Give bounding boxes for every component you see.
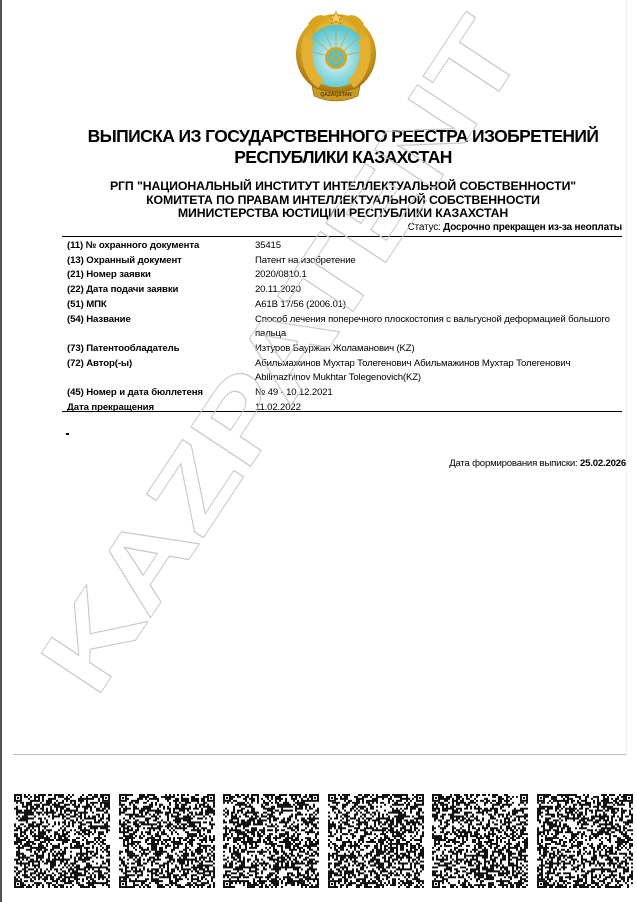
patent-fields-table: (11) № охранного документа 35415 (13) Ох… [67,239,622,415]
qr-code-icon [119,794,215,888]
field-row-title: (54) Название Способ лечения поперечного… [67,313,622,342]
qr-code-icon [537,794,633,888]
document-title: ВЫПИСКА ИЗ ГОСУДАРСТВЕННОГО РЕЕСТРА ИЗОБ… [60,126,626,168]
generation-date-value: 25.02.2026 [580,458,626,469]
field-value: Абильмажинов Мухтар Толегенович Абильмаж… [255,357,622,386]
field-row-bulletin: (45) Номер и дата бюллетеня № 49 - 10.12… [67,386,622,401]
title-line-1: ВЫПИСКА ИЗ ГОСУДАРСТВЕННОГО РЕЕСТРА ИЗОБ… [60,126,626,147]
org-line-2: КОМИТЕТА ПО ПРАВАМ ИНТЕЛЛЕКТУАЛЬНОЙ СОБС… [60,194,626,208]
status-line: Статус: Досрочно прекращен из-за неоплат… [408,222,622,233]
svg-text:QAZAQSTAN: QAZAQSTAN [320,92,352,98]
field-label: (72) Автор(-ы) [67,357,255,386]
field-row-document-number: (11) № охранного документа 35415 [67,239,622,254]
field-value: № 49 - 10.12.2021 [255,386,622,401]
footer-separator [13,754,626,755]
field-label: (21) Номер заявки [67,268,255,283]
issuing-organization: РГП "НАЦИОНАЛЬНЫЙ ИНСТИТУТ ИНТЕЛЛЕКТУАЛЬ… [60,180,626,221]
page-left-border [0,0,2,902]
field-row-application-number: (21) Номер заявки 2020/0810.1 [67,268,622,283]
field-label: (22) Дата подачи заявки [67,283,255,298]
org-line-3: МИНИСТЕРСТВА ЮСТИЦИИ РЕСПУБЛИКИ КАЗАХСТА… [60,207,626,221]
stray-mark [66,433,69,435]
field-label: (11) № охранного документа [67,239,255,254]
field-value: Изтуров Бауржан Жоламанович (KZ) [255,342,622,357]
field-label: (13) Охранный документ [67,254,255,269]
field-row-filing-date: (22) Дата подачи заявки 20.11.2020 [67,283,622,298]
field-label: Дата прекращения [67,401,255,416]
field-row-ipc: (51) МПК A61B 17/56 (2006.01) [67,298,622,313]
org-line-1: РГП "НАЦИОНАЛЬНЫЙ ИНСТИТУТ ИНТЕЛЛЕКТУАЛЬ… [60,180,626,194]
generation-date-label: Дата формирования выписки: [449,458,577,469]
qr-code-icon [432,794,528,888]
field-label: (51) МПК [67,298,255,313]
field-value: 2020/0810.1 [255,268,622,283]
qr-code-icon [14,794,110,888]
table-bottom-rule [62,411,622,412]
page-right-border [626,0,627,756]
field-value: A61B 17/56 (2006.01) [255,298,622,313]
field-row-patent-holder: (73) Патентообладатель Изтуров Бауржан Ж… [67,342,622,357]
qr-code-icon [223,794,319,888]
field-label: (73) Патентообладатель [67,342,255,357]
field-row-termination-date: Дата прекращения 11.02.2022 [67,401,622,416]
field-label: (54) Название [67,313,255,342]
field-row-authors: (72) Автор(-ы) Абильмажинов Мухтар Толег… [67,357,622,386]
field-value: 35415 [255,239,622,254]
field-value: Способ лечения поперечного плоскостопия … [255,313,622,342]
status-label: Статус: [408,222,441,233]
generation-date: Дата формирования выписки: 25.02.2026 [449,458,626,469]
title-line-2: РЕСПУБЛИКИ КАЗАХСТАН [60,147,626,168]
table-top-rule [62,236,622,237]
state-emblem-icon: QAZAQSTAN [294,6,378,110]
field-value: Патент на изобретение [255,254,622,269]
field-value: 11.02.2022 [255,401,622,416]
field-row-document-type: (13) Охранный документ Патент на изобрет… [67,254,622,269]
status-value: Досрочно прекращен из-за неоплаты [443,222,622,233]
field-label: (45) Номер и дата бюллетеня [67,386,255,401]
qr-code-icon [328,794,424,888]
field-value: 20.11.2020 [255,283,622,298]
